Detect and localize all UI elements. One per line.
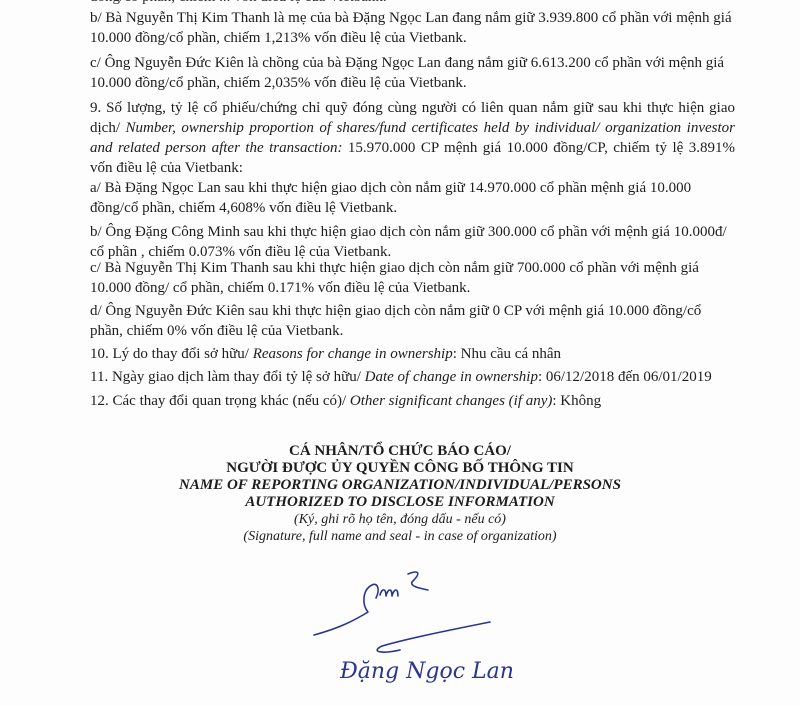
handwritten-signature: Đặng Ngọc Lan	[300, 560, 550, 705]
heading-line-5: (Ký, ghi rõ họ tên, đóng dấu - nếu có)	[150, 511, 650, 528]
item-12-vi: 12. Các thay đổi quan trọng khác (nếu có…	[90, 393, 350, 409]
signature-block-heading: CÁ NHÂN/TỔ CHỨC BÁO CÁO/ NGƯỜI ĐƯỢC ỦY Q…	[150, 443, 650, 545]
item-11: 11. Ngày giao dịch làm thay đổi tỷ lệ sở…	[90, 367, 735, 387]
heading-line-1: CÁ NHÂN/TỔ CHỨC BÁO CÁO/	[150, 443, 650, 460]
cut-off-line: đồng/cổ phần, chiếm ... vốn điều lệ của …	[90, 0, 387, 7]
item-12: 12. Các thay đổi quan trọng khác (nếu có…	[90, 391, 735, 411]
paragraph-b-after: b/ Ông Đặng Công Minh sau khi thực hiện …	[90, 222, 735, 262]
item-12-value: : Không	[552, 393, 601, 409]
item-10-vi: 10. Lý do thay đổi sở hữu/	[90, 346, 253, 362]
document-page: đồng/cổ phần, chiếm ... vốn điều lệ của …	[0, 0, 800, 705]
paragraph-c-before: c/ Ông Nguyễn Đức Kiên là chồng của bà Đ…	[90, 53, 735, 93]
item-10-value: : Nhu cầu cá nhân	[453, 346, 561, 362]
item-11-value: : 06/12/2018 đến 06/01/2019	[538, 369, 712, 385]
heading-line-2: NGƯỜI ĐƯỢC ỦY QUYỀN CÔNG BỐ THÔNG TIN	[150, 460, 650, 477]
paragraph-c-after: c/ Bà Nguyễn Thị Kim Thanh sau khi thực …	[90, 258, 735, 298]
paragraph-d-after: d/ Ông Nguyễn Đức Kiên sau khi thực hiện…	[90, 301, 735, 341]
heading-line-4: AUTHORIZED TO DISCLOSE INFORMATION	[150, 494, 650, 511]
paragraph-a-after: a/ Bà Đặng Ngọc Lan sau khi thực hiện gi…	[90, 178, 735, 218]
heading-line-3: NAME OF REPORTING ORGANIZATION/INDIVIDUA…	[150, 477, 650, 494]
signature-name: Đặng Ngọc Lan	[339, 659, 514, 684]
item-12-en: Other significant changes (if any)	[350, 393, 552, 409]
heading-line-6: (Signature, full name and seal - in case…	[150, 528, 650, 545]
item-9: 9. Số lượng, tỷ lệ cổ phiếu/chứng chỉ qu…	[90, 98, 735, 178]
item-11-en: Date of change in ownership	[365, 369, 538, 385]
paragraph-b-before: b/ Bà Nguyễn Thị Kim Thanh là mẹ của bà …	[90, 8, 735, 48]
item-10: 10. Lý do thay đổi sở hữu/ Reasons for c…	[90, 344, 735, 364]
item-11-vi: 11. Ngày giao dịch làm thay đổi tỷ lệ sở…	[90, 369, 365, 385]
item-10-en: Reasons for change in ownership	[253, 346, 453, 362]
